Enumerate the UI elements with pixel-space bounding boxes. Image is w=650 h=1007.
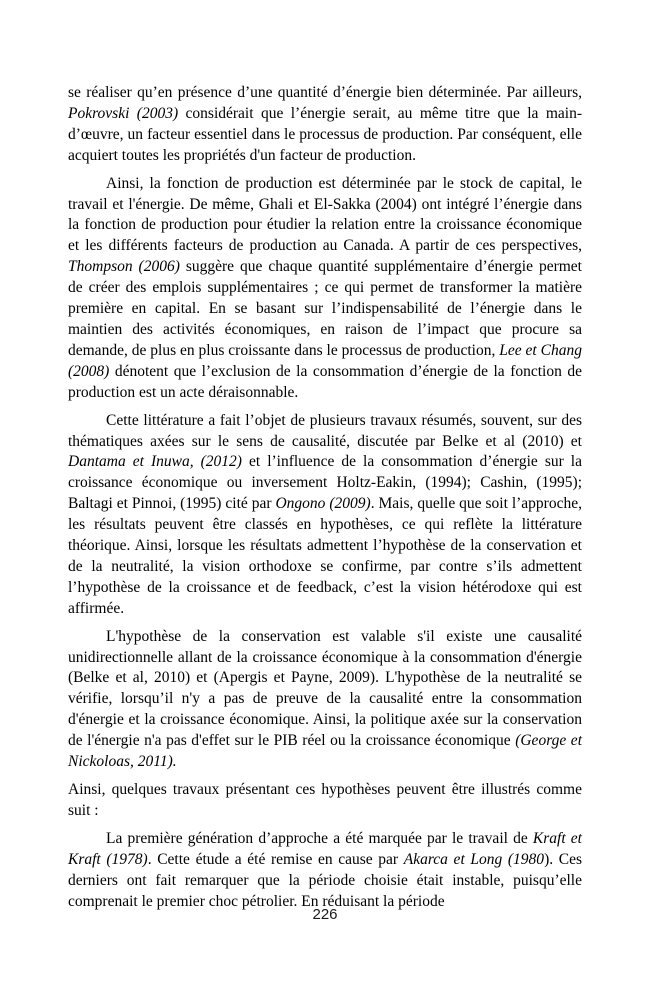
text-run: La première génération d’approche a été … [106,830,533,847]
text-run: Ainsi, la fonction de production est dét… [68,175,582,255]
citation-italic-run: Akarca et Long (1980 [404,851,544,868]
paragraph: L'hypothèse de la conservation est valab… [68,627,582,773]
paragraph: La première génération d’approche a été … [68,829,582,913]
paragraph: Ainsi, quelques travaux présentant ces h… [68,780,582,822]
text-run: dénotent que l’exclusion de la consommat… [68,363,582,401]
text-run: . Mais, quelle que soit l’approche, les … [68,495,582,617]
citation-italic-run: Pokrovski (2003) [68,105,178,122]
text-run: se réaliser qu’en présence d’une quantit… [68,84,582,101]
citation-italic-run: Ongono (2009) [275,495,370,512]
paragraph: Ainsi, la fonction de production est dét… [68,174,582,404]
text-run: . Cette étude a été remise en cause par [148,851,404,868]
page-number: 226 [312,906,337,923]
text-run: Ainsi, quelques travaux présentant ces h… [68,781,582,819]
text-run: L'hypothèse de la conservation est valab… [68,628,582,750]
page-footer: 226 [0,906,650,924]
paragraph: Cette littérature a fait l’objet de plus… [68,411,582,620]
citation-italic-run: Dantama et Inuwa, (2012) [68,453,242,470]
text-run: Cette littérature a fait l’objet de plus… [68,412,582,450]
page-body: se réaliser qu’en présence d’une quantit… [68,83,582,919]
paragraph: se réaliser qu’en présence d’une quantit… [68,83,582,167]
document-page: se réaliser qu’en présence d’une quantit… [0,0,650,1007]
citation-italic-run: Thompson (2006) [68,258,180,275]
